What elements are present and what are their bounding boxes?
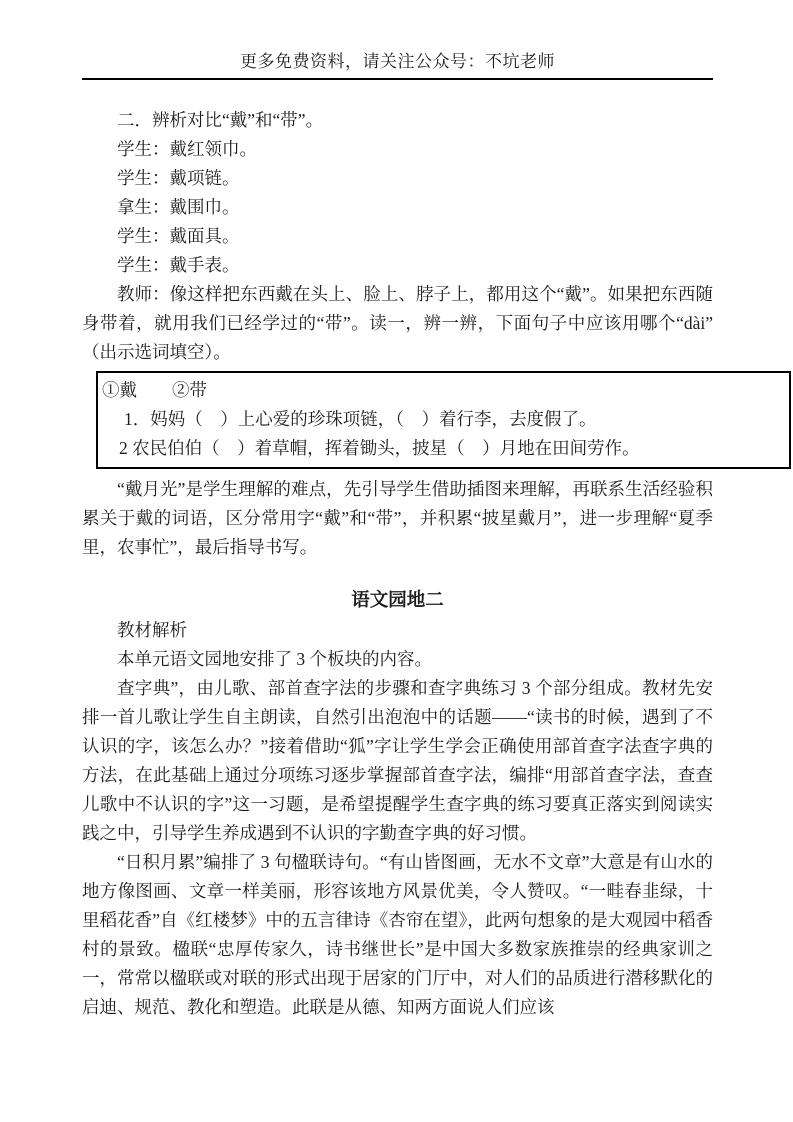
student-line-1: 学生：戴红领巾。	[82, 135, 713, 164]
document-page: 更多免费资料，请关注公众号：不坑老师 二．辨析对比“戴”和“带”。 学生：戴红领…	[0, 0, 793, 1122]
student-line-4: 学生：戴面具。	[82, 222, 713, 251]
exercise-options: ①戴 ②带	[102, 376, 781, 405]
exercise-item-2: 2 农民伯伯（ ）着草帽，挥着锄头，披星（ ）月地在田间劳作。	[102, 434, 781, 463]
garden-intro: 本单元语文园地安排了 3 个板块的内容。	[82, 645, 713, 674]
exercise-item-1: 1．妈妈（ ）上心爱的珍珠项链，（ ）着行李，去度假了。	[102, 405, 781, 434]
student-line-2: 学生：戴项链。	[82, 164, 713, 193]
teacher-line: 教师：像这样把东西戴在头上、脸上、脖子上，都用这个“戴”。如果把东西随身带着，就…	[82, 280, 713, 367]
document-body: 二．辨析对比“戴”和“带”。 学生：戴红领巾。 学生：戴项链。 拿生：戴围巾。 …	[82, 80, 713, 1022]
student-line-3: 拿生：戴围巾。	[82, 193, 713, 222]
paragraph-dictionary: 查字典”，由儿歌、部首查字法的步骤和查字典练习 3 个部分组成。教材先安排一首儿…	[82, 674, 713, 848]
garden-subtitle: 教材解析	[82, 616, 713, 645]
paragraph-accumulation: “日积月累”编排了 3 句楹联诗句。“有山皆图画，无水不文章”大意是有山水的地方…	[82, 848, 713, 1022]
lesson-summary: “戴月光”是学生理解的难点，先引导学生借助插图来理解，再联系生活经验积累关于戴的…	[82, 475, 713, 562]
garden-title: 语文园地二	[82, 586, 713, 616]
exercise-box: ①戴 ②带 1．妈妈（ ）上心爱的珍珠项链，（ ）着行李，去度假了。 2 农民伯…	[96, 371, 791, 469]
section-title: 二．辨析对比“戴”和“带”。	[82, 106, 713, 135]
header-notice: 更多免费资料，请关注公众号：不坑老师	[82, 52, 713, 80]
student-line-5: 学生：戴手表。	[82, 251, 713, 280]
